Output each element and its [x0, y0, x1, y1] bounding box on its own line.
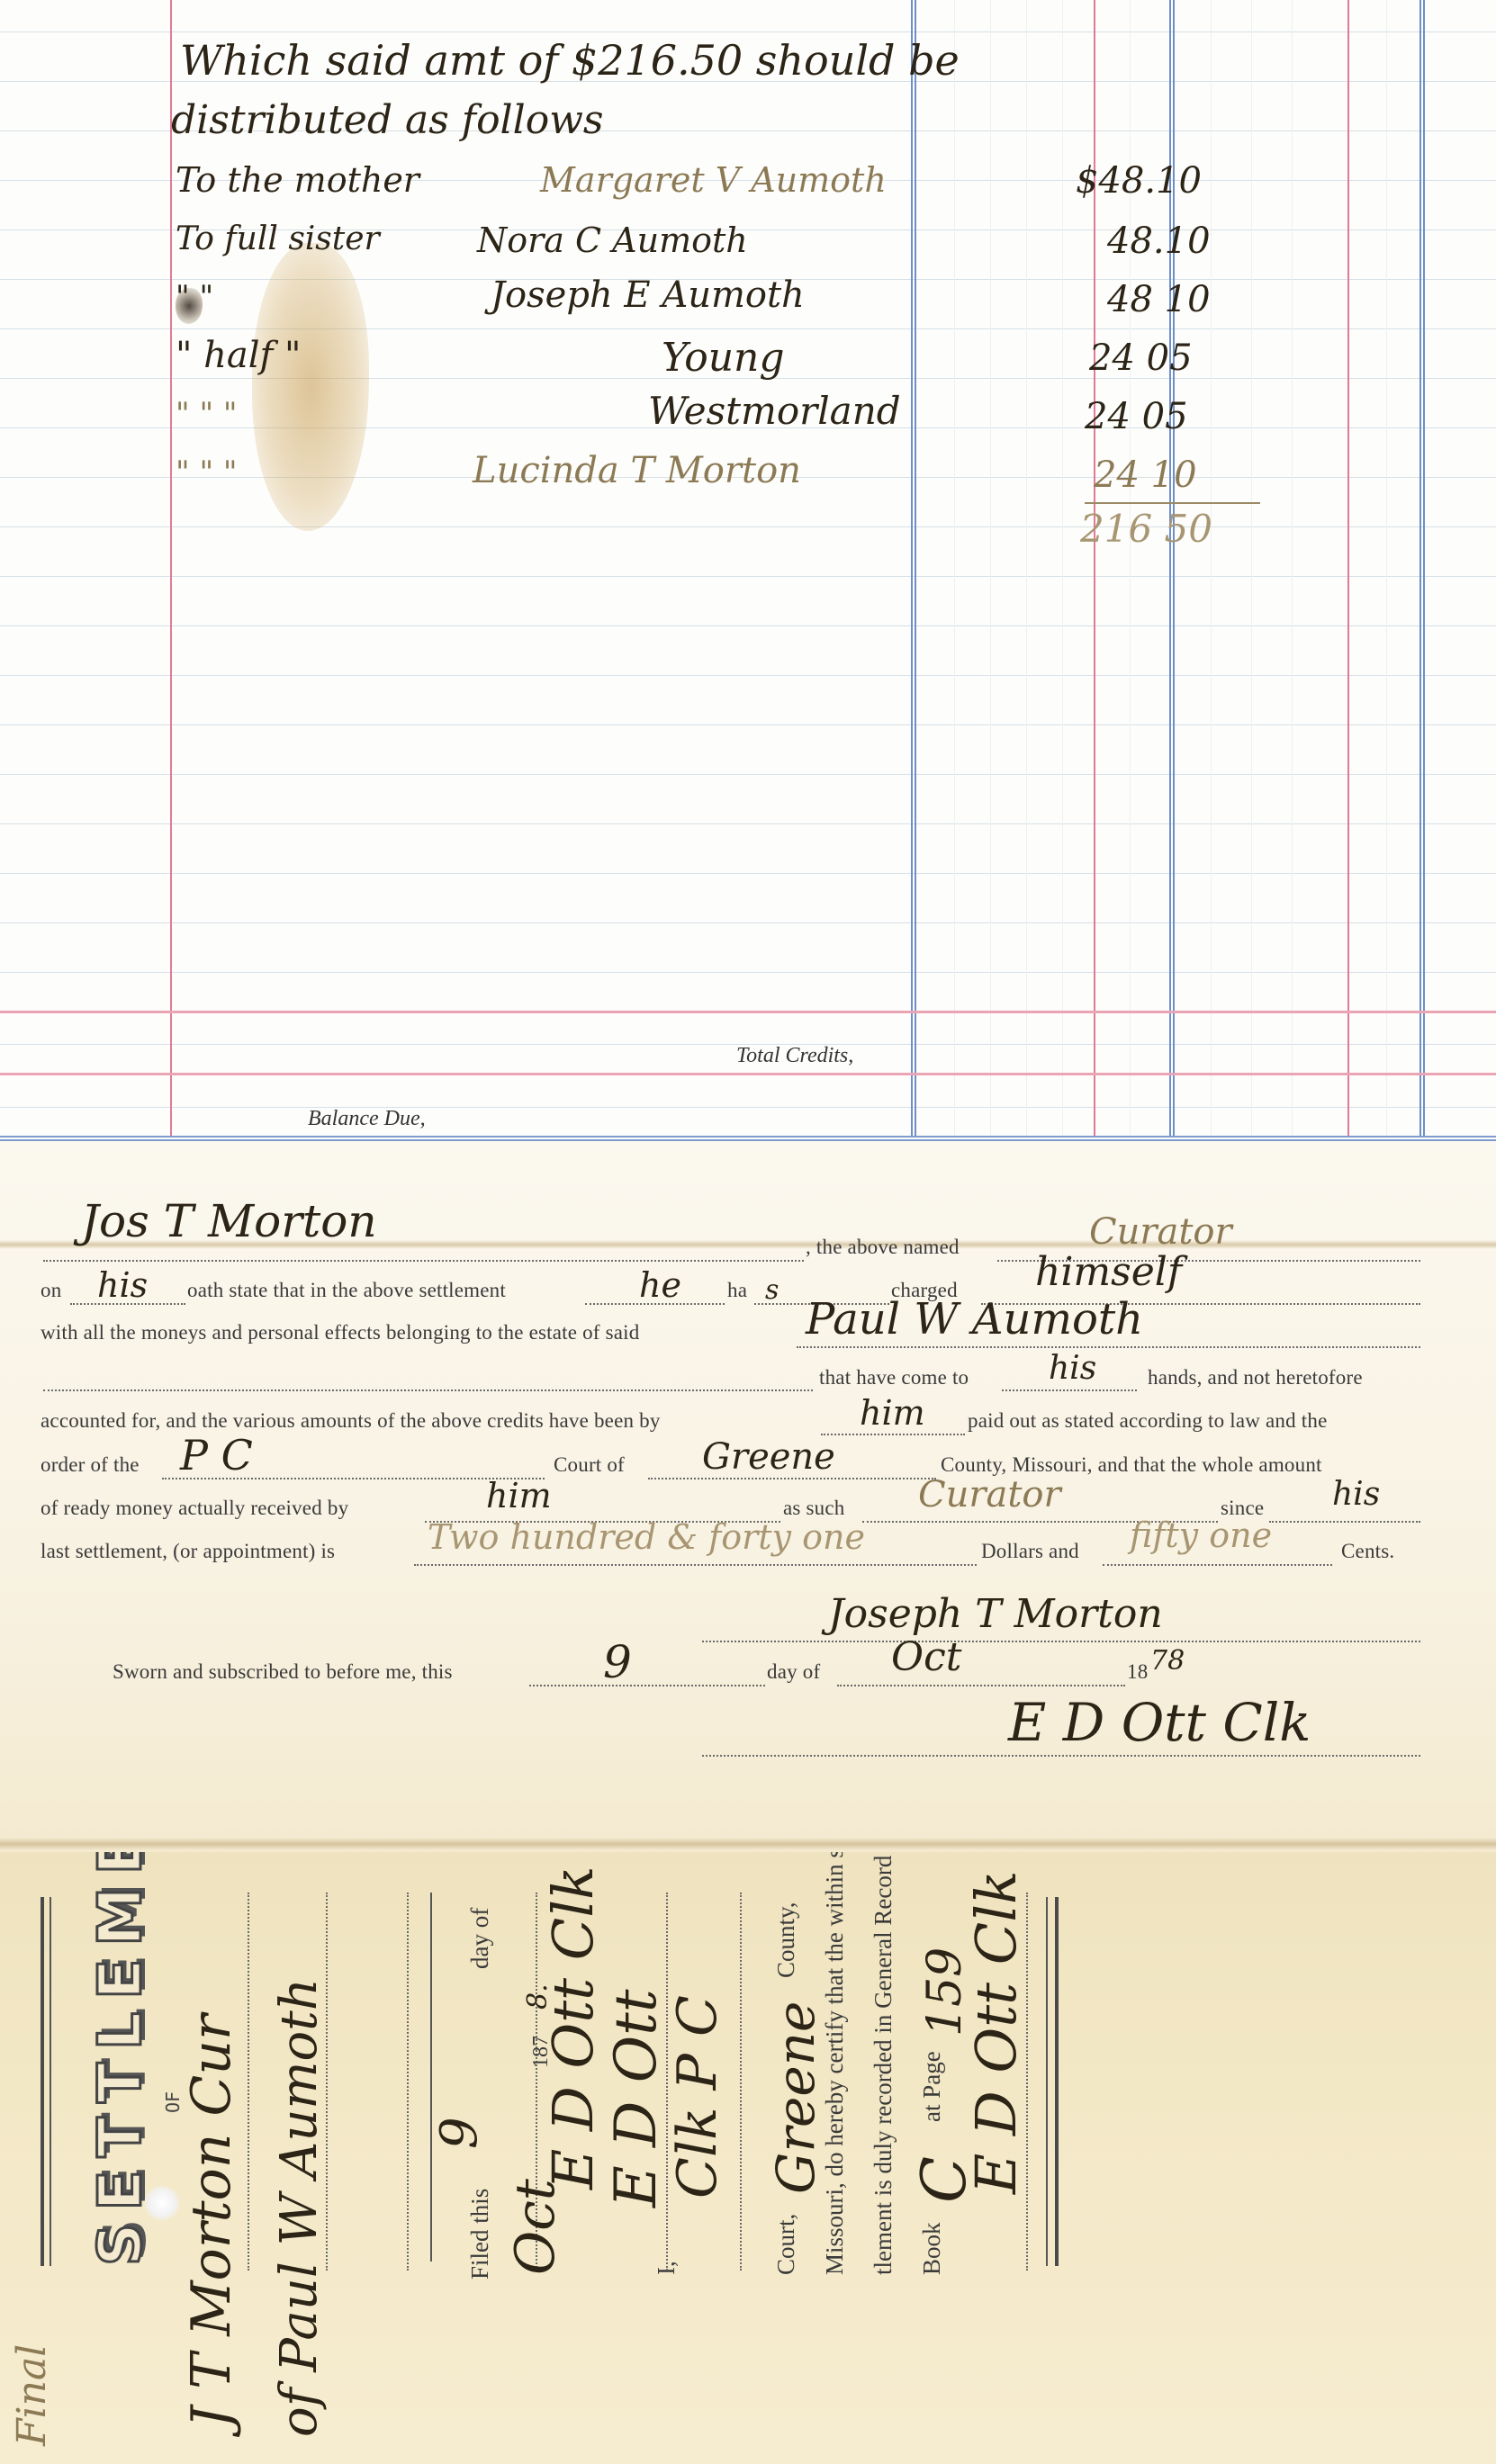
ledger-section: Which said amt of $216.50 should be dist… [0, 0, 1496, 1141]
ruled-line [0, 328, 1496, 329]
ruled-line [0, 31, 1496, 32]
fold-crease [0, 1838, 1496, 1850]
written-his: his [1049, 1350, 1096, 1387]
written-himself: himself [1035, 1249, 1182, 1295]
field-line [414, 1564, 977, 1566]
ruled-line [0, 724, 1496, 725]
written-his: his [1332, 1476, 1380, 1513]
entry-amount: 24 10 [1094, 454, 1197, 496]
section-divider [430, 1893, 432, 2262]
printed-text: oath state that in the above settlement [187, 1279, 506, 1302]
role-repeat: Curator [918, 1474, 1061, 1515]
printed-text: hands, and not heretofore [1148, 1366, 1363, 1389]
entry-name: Margaret V Aumoth [540, 160, 887, 200]
printed-text: with all the moneys and personal effects… [41, 1321, 639, 1344]
docket-border [41, 1897, 44, 2266]
entry-amount: 48.10 [1107, 220, 1211, 262]
entry-prefix: To full sister [176, 220, 380, 257]
entry-name: Young [662, 335, 785, 381]
printed-text: order of the [41, 1453, 140, 1477]
clerk-name: E D Ott [603, 1989, 670, 2208]
clerk-title: Clk P C [666, 1995, 729, 2199]
ruled-line [0, 774, 1496, 775]
field-line [1269, 1521, 1420, 1523]
sworn-day: 9 [603, 1636, 632, 1688]
entry-prefix: " half " [176, 335, 301, 376]
written-him: him [486, 1476, 552, 1515]
amount-in-words-cents: fifty one [1130, 1515, 1272, 1555]
balance-rule [0, 1073, 1496, 1075]
filed-month: Oct [504, 2179, 567, 2275]
sworn-year: 78 [1150, 1645, 1185, 1677]
sworn-month: Oct [891, 1634, 961, 1680]
printed-text: Court, [772, 2214, 800, 2275]
field-line [1002, 1389, 1137, 1391]
field-line [837, 1685, 1125, 1686]
docket-border [1055, 1897, 1059, 2266]
printed-text: County, [772, 1902, 800, 1978]
printed-text: last settlement, (or appointment) is [41, 1540, 335, 1563]
written-he: he [639, 1265, 681, 1305]
entry-amount: $48.10 [1076, 160, 1202, 202]
sum-underline [1085, 502, 1260, 504]
affiant-signature: Joseph T Morton [828, 1591, 1163, 1637]
court-abbrev: P C [180, 1431, 253, 1479]
ledger-heading-1: Which said amt of $216.50 should be [180, 36, 960, 85]
clerk-signature: E D Ott Clk [1008, 1692, 1311, 1753]
printed-text: 18 [1127, 1660, 1148, 1684]
filed-day: 9 [430, 2117, 489, 2149]
total-credits-label: Total Credits, [736, 1044, 853, 1068]
printed-text: Court of [554, 1453, 625, 1477]
left-margin-rule [170, 0, 172, 1136]
printed-text: that have come to [819, 1366, 969, 1389]
printed-text: Cents. [1341, 1540, 1394, 1563]
entry-amount: 24 05 [1089, 337, 1193, 379]
docket-back-section: Final SETTLEMENT OF J T Morton Cur of Pa… [0, 1852, 1496, 2464]
printed-text: tlement is duly recorded in General Reco… [870, 1856, 897, 2275]
amount-in-words-dollars: Two hundred & forty one [428, 1517, 865, 1557]
ruled-line [0, 972, 1496, 973]
name-field-line [43, 1260, 804, 1262]
margin-note: Final [9, 2344, 55, 2446]
ruled-line [0, 675, 1496, 676]
ruled-line [0, 625, 1496, 626]
entry-name: Westmorland [648, 389, 901, 433]
docket-border [50, 1897, 51, 2266]
docket-border [1046, 1897, 1048, 2266]
printed-text: ha [727, 1279, 747, 1302]
affiant-name: Jos T Morton [81, 1195, 377, 1247]
filed-by-signature: E D Ott Clk [540, 1866, 606, 2190]
field-line [740, 1893, 742, 2271]
field-line [407, 1893, 409, 2271]
affidavit-section: Jos T Morton , the above named Curator o… [0, 1141, 1496, 1852]
printed-text: day of [466, 1908, 494, 1969]
field-line [821, 1434, 965, 1435]
ruled-line [0, 526, 1496, 527]
field-line [1103, 1564, 1332, 1566]
affiant-role: Curator [1089, 1211, 1232, 1253]
column-rule-red [1347, 0, 1349, 1136]
entry-prefix: " " " [176, 454, 238, 490]
entry-name: Lucinda T Morton [473, 450, 801, 491]
printed-text: Filed this [466, 2189, 494, 2280]
clerk-signature-line [702, 1755, 1420, 1757]
entry-amount: 48 10 [1107, 279, 1211, 320]
water-stain [252, 243, 369, 531]
entry-name: Nora C Aumoth [477, 220, 748, 260]
cert-signature: E D Ott Clk [963, 1870, 1029, 2194]
column-rule-blue [911, 0, 916, 1136]
total-credits-rule [0, 1011, 1496, 1013]
written-s: s [765, 1274, 779, 1306]
printed-text: , the above named [806, 1236, 960, 1259]
punch-hole [144, 2185, 180, 2221]
entry-amount: 24 05 [1085, 396, 1188, 437]
signature-line [702, 1641, 1420, 1642]
entry-prefix: " " " [176, 396, 238, 432]
county-name: Greene [702, 1436, 835, 1478]
ruled-line [0, 1107, 1496, 1108]
printed-text: of ready money actually received by [41, 1497, 348, 1520]
printed-text: accounted for, and the various amounts o… [41, 1409, 661, 1433]
printed-text: Book [918, 2222, 946, 2275]
party-2: of Paul W Aumoth [270, 1978, 329, 2437]
ledger-heading-2: distributed as follows [171, 97, 603, 143]
entry-name: Joseph E Aumoth [491, 274, 805, 316]
field-line [43, 1389, 813, 1391]
ruled-line [0, 873, 1496, 874]
written-him: him [860, 1393, 925, 1433]
written-his: his [97, 1265, 148, 1305]
printed-text: day of [767, 1660, 820, 1684]
entry-prefix: To the mother [176, 160, 419, 200]
ruled-line [0, 922, 1496, 923]
entry-prefix: " " [176, 279, 213, 315]
ledger-total: 216 50 [1080, 507, 1212, 551]
balance-due-label: Balance Due, [308, 1107, 426, 1131]
printed-text: paid out as stated according to law and … [968, 1409, 1327, 1433]
field-line [248, 1893, 249, 2271]
field-line [529, 1685, 765, 1686]
printed-text: Sworn and subscribed to before me, this [113, 1660, 453, 1684]
printed-text: Missouri, do hereby certify that the wit… [821, 1852, 849, 2275]
cert-county: Greene [765, 2001, 826, 2194]
printed-text: Dollars and [981, 1540, 1079, 1563]
ruled-line [0, 576, 1496, 577]
printed-text: at Page [918, 2051, 946, 2122]
field-line [797, 1346, 1420, 1348]
column-rule-blue [1419, 0, 1425, 1136]
printed-text: on [41, 1279, 61, 1302]
field-line [648, 1478, 936, 1479]
estate-name: Paul W Aumoth [806, 1294, 1143, 1344]
party-1: J T Morton Cur [180, 2014, 243, 2428]
ruled-line [0, 823, 1496, 824]
